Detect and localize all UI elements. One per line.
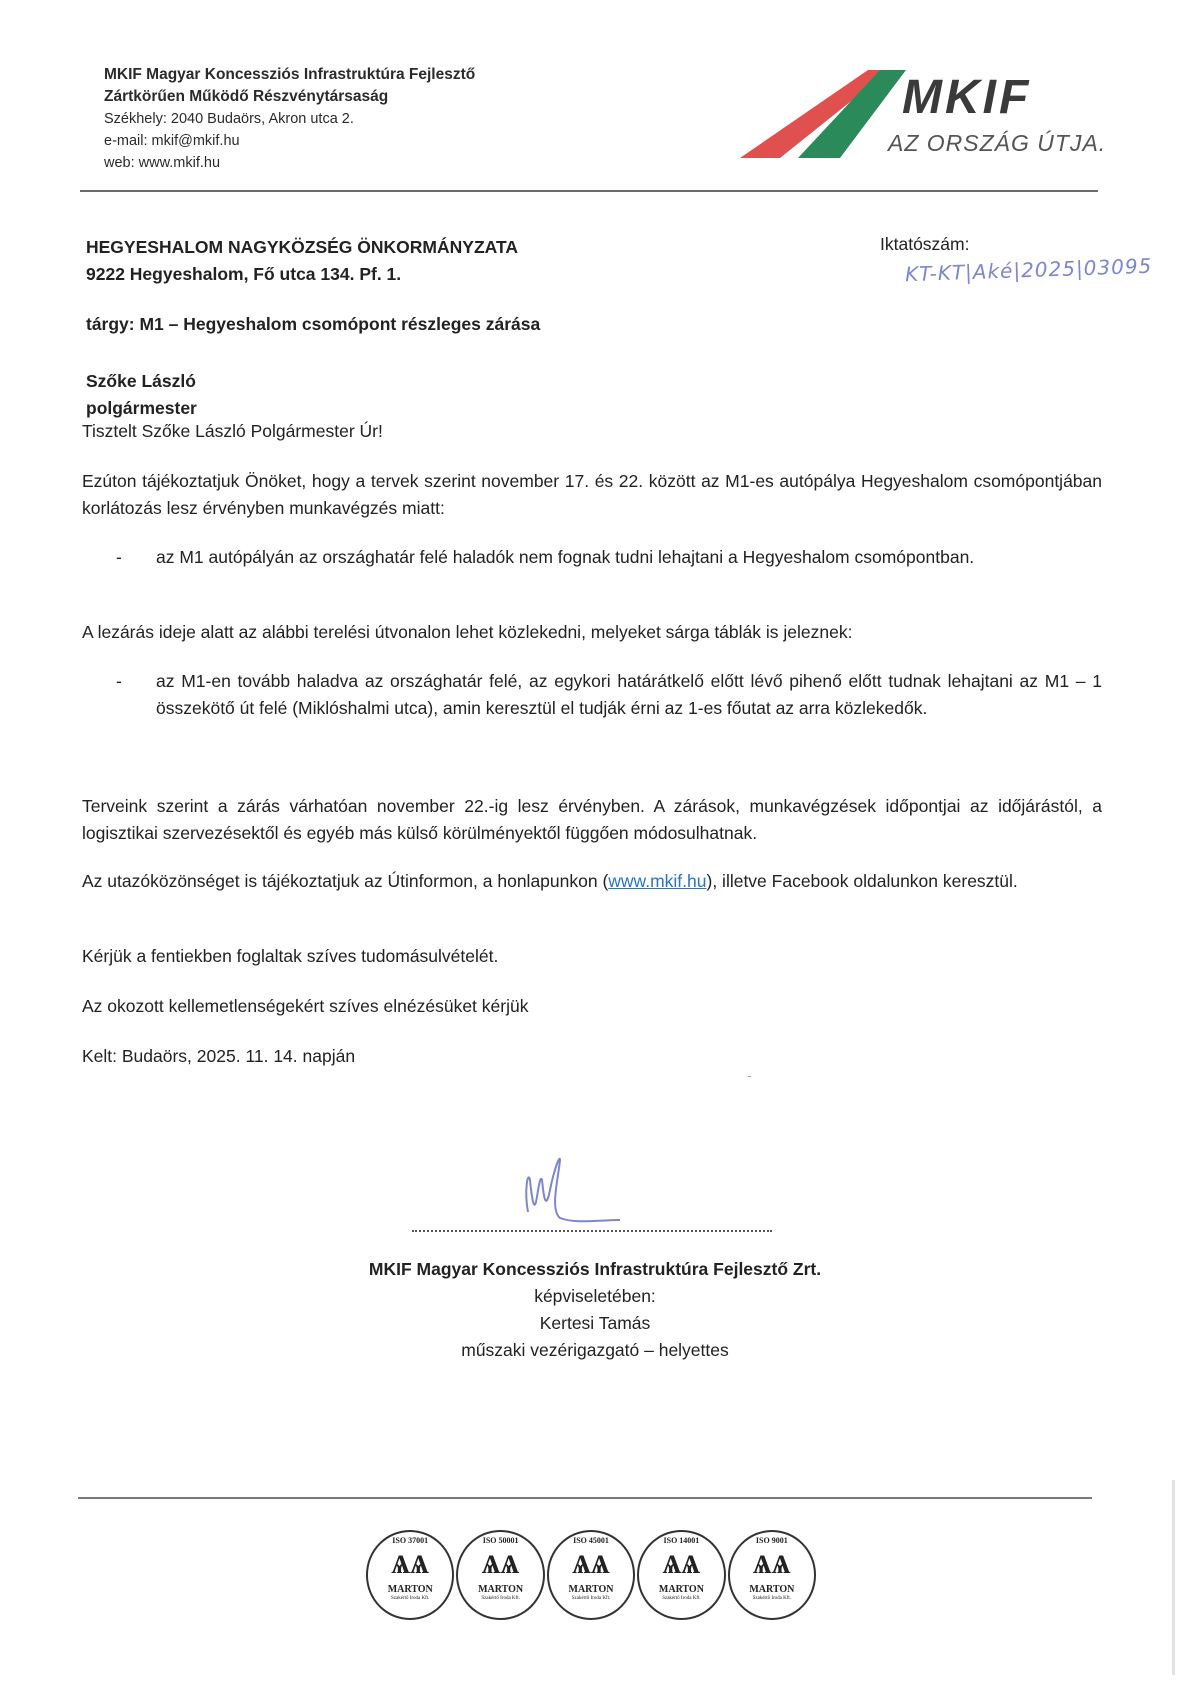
certifier-name: MARTON [730,1584,814,1595]
intro-paragraph: Ezúton tájékoztatjuk Önöket, hogy a terv… [82,468,1102,522]
iso-badge: ISO 9001 ѦѦ MARTON Szakértő Iroda Kft. [728,1530,816,1620]
addressee-block: Szőke László polgármester [86,368,197,422]
certifier-name: MARTON [549,1584,633,1595]
bullet-dash: - [116,668,122,695]
certifier-subtitle: Szakértő Iroda Kft. [549,1596,633,1601]
certifier-name: MARTON [639,1584,723,1595]
certifier-subtitle: Szakértő Iroda Kft. [368,1596,452,1601]
signatory-on-behalf: képviseletében: [300,1283,890,1310]
restriction-bullet: - az M1 autópályán az országhatár felé h… [116,544,1102,571]
page-edge-shadow [1172,1480,1175,1675]
apology-paragraph: Az okozott kellemetlenségekért szíves el… [82,993,1102,1020]
marton-logo-icon: ѦѦ [639,1552,723,1578]
certifier-subtitle: Szakértő Iroda Kft. [639,1596,723,1601]
duration-paragraph: Terveink szerint a zárás várhatóan novem… [82,793,1102,847]
addressee-name: Szőke László [86,368,197,395]
handwritten-signature [520,1150,640,1230]
signatory-name: Kertesi Tamás [300,1310,890,1337]
header-divider [80,190,1098,192]
recipient-address: 9222 Hegyeshalom, Fő utca 134. Pf. 1. [86,261,518,288]
certifier-name: MARTON [368,1584,452,1595]
iso-badge: ISO 14001 ѦѦ MARTON Szakértő Iroda Kft. [637,1530,725,1620]
detour-bullet: - az M1-en tovább haladva az országhatár… [116,668,1102,749]
info-text-after: ), illetve Facebook oldalunkon keresztül… [707,871,1018,891]
iso-standard: ISO 9001 [730,1536,814,1545]
iso-standard: ISO 45001 [549,1536,633,1545]
signatory-company: MKIF Magyar Koncessziós Infrastruktúra F… [300,1256,890,1283]
recipient-block: HEGYESHALOM NAGYKÖZSÉG ÖNKORMÁNYZATA 922… [86,234,518,288]
certifier-subtitle: Szakértő Iroda Kft. [730,1596,814,1601]
logo-tagline: AZ ORSZÁG ÚTJA. [888,130,1106,157]
sender-web: web: www.mkif.hu [104,152,475,174]
road-stripes-icon [740,70,910,162]
recipient-name: HEGYESHALOM NAGYKÖZSÉG ÖNKORMÁNYZATA [86,234,518,261]
sender-company-form: Zártkörűen Működő Részvénytársaság [104,86,475,108]
restriction-text: az M1 autópályán az országhatár felé hal… [156,544,1102,571]
marton-logo-icon: ѦѦ [368,1552,452,1578]
info-paragraph: Az utazóközönséget is tájékoztatjuk az Ú… [82,868,1102,895]
iso-badge: ISO 50001 ѦѦ MARTON Szakértő Iroda Kft. [456,1530,544,1620]
sender-address: Székhely: 2040 Budaörs, Akron utca 2. [104,108,475,130]
certifier-name: MARTON [458,1584,542,1595]
salutation: Tisztelt Szőke László Polgármester Úr! [82,418,1102,445]
info-text-before: Az utazóközönséget is tájékoztatjuk az Ú… [82,871,608,891]
iso-standard: ISO 50001 [458,1536,542,1545]
subject-line: tárgy: M1 – Hegyeshalom csomópont részle… [86,314,540,335]
detour-intro-paragraph: A lezárás ideje alatt az alábbi terelési… [82,619,1102,646]
signature-line [412,1230,772,1232]
sender-company-name: MKIF Magyar Koncessziós Infrastruktúra F… [104,64,475,86]
iso-standard: ISO 14001 [639,1536,723,1545]
bullet-dash: - [116,544,122,571]
marton-logo-icon: ѦѦ [730,1552,814,1578]
detour-text: az M1-en tovább haladva az országhatár f… [156,668,1102,722]
iso-standard: ISO 37001 [368,1536,452,1545]
certifier-subtitle: Szakértő Iroda Kft. [458,1596,542,1601]
scan-speck [748,1076,751,1077]
filing-number-label: Iktatószám: [880,234,969,255]
iso-badge: ISO 37001 ѦѦ MARTON Szakértő Iroda Kft. [366,1530,454,1620]
signatory-position: műszaki vezérigazgató – helyettes [300,1337,890,1364]
sender-email: e-mail: mkif@mkif.hu [104,130,475,152]
logo-wordmark: MKIF [902,74,1031,122]
sender-block: MKIF Magyar Koncessziós Infrastruktúra F… [104,64,475,174]
website-link[interactable]: www.mkif.hu [608,871,706,891]
marton-logo-icon: ѦѦ [549,1552,633,1578]
dated-line: Kelt: Budaörs, 2025. 11. 14. napján [82,1043,1102,1070]
certification-badges: ISO 37001 ѦѦ MARTON Szakértő Iroda Kft. … [366,1530,816,1630]
signature-block: MKIF Magyar Koncessziós Infrastruktúra F… [300,1256,890,1364]
request-paragraph: Kérjük a fentiekben foglaltak szíves tud… [82,943,1102,970]
mkif-logo: MKIF AZ ORSZÁG ÚTJA. [740,66,1100,166]
marton-logo-icon: ѦѦ [458,1552,542,1578]
footer-divider [78,1497,1092,1499]
filing-number-handwritten: KT-KT|Aké|2025|03095 [905,254,1153,287]
iso-badge: ISO 45001 ѦѦ MARTON Szakértő Iroda Kft. [547,1530,635,1620]
